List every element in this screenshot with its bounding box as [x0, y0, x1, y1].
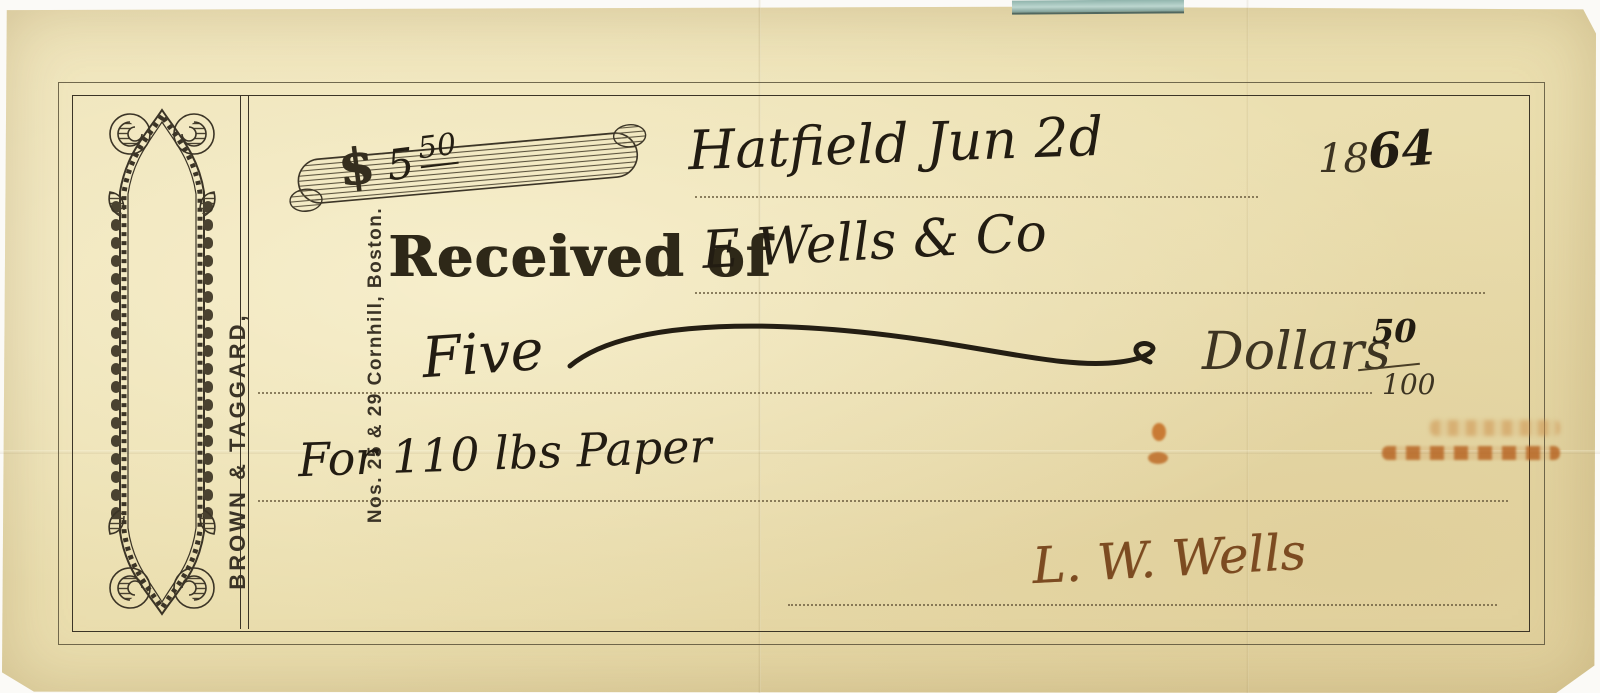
ink-stain	[1148, 452, 1168, 464]
signature-rule	[788, 604, 1497, 606]
dollars-label: Dollars	[1202, 322, 1391, 382]
ornamental-frame-icon	[86, 96, 238, 630]
pen-flourish-stroke	[560, 318, 1180, 392]
amount-words-handwritten: Five	[420, 318, 546, 391]
rust-stain	[1430, 420, 1560, 436]
paper-clip-fragment	[1012, 0, 1184, 15]
amount-cents-handwritten: 50	[416, 127, 458, 168]
vendor-ornamental-frame: BROWN & TAGGARD,	[86, 96, 238, 630]
amount-rule	[258, 392, 1372, 394]
cents-numerator-handwritten: 50	[1372, 312, 1417, 350]
amount-dollars-handwritten: 5	[384, 138, 417, 190]
memo-rule	[258, 500, 1508, 502]
ink-stain	[1152, 423, 1166, 441]
dollar-sign-icon: $	[335, 135, 377, 198]
vendor-name: BROWN & TAGGARD,	[225, 236, 251, 666]
cents-denominator-printed: 100	[1382, 368, 1435, 401]
rust-stain	[1382, 446, 1560, 460]
year-handwritten: 64	[1366, 120, 1437, 181]
payer-rule	[695, 292, 1485, 294]
year-printed-prefix: 18	[1318, 136, 1369, 182]
receipt-scan: BROWN & TAGGARD, Nos. 25 & 29 Cornhill, …	[0, 0, 1600, 693]
date-rule	[695, 196, 1258, 198]
